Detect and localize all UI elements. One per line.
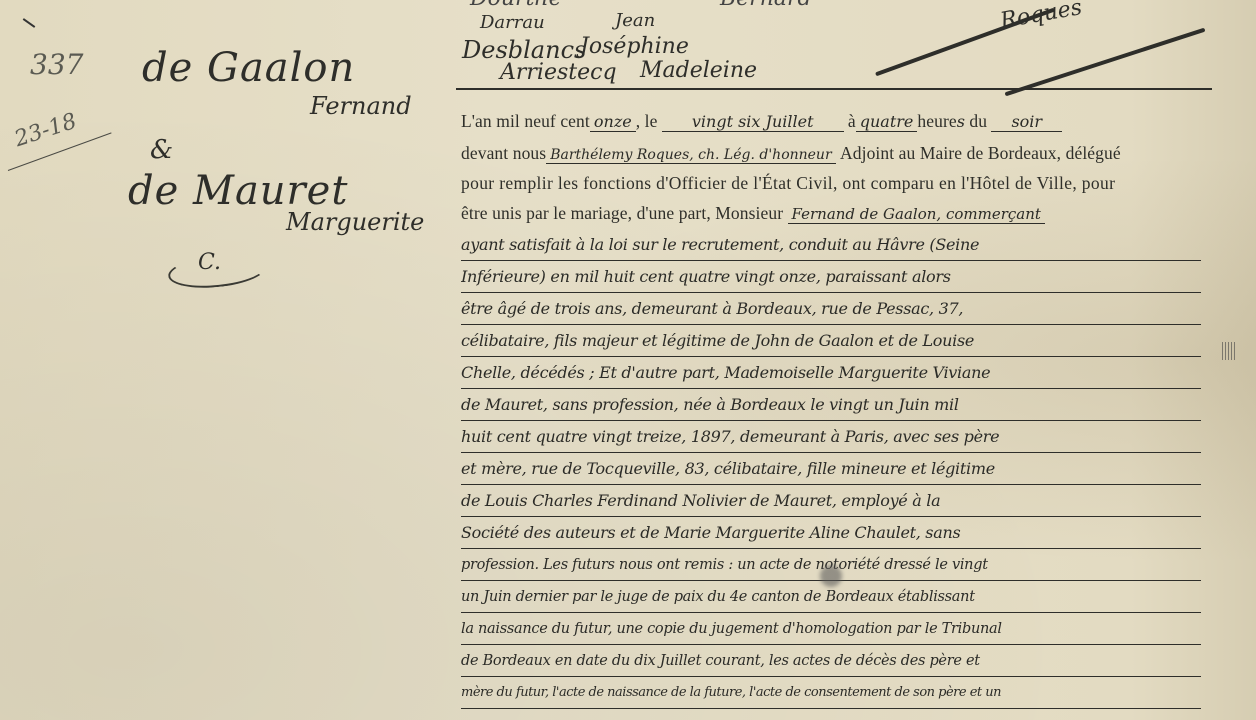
- printed-text: , le: [636, 111, 658, 131]
- hour-plural: s: [957, 112, 965, 131]
- hour-field: quatre: [856, 112, 918, 132]
- margin-correction-mark: [1222, 342, 1236, 360]
- body-line-8: célibataire, fils majeur et légitime de …: [461, 326, 1221, 358]
- witness-1-surname: Darrau: [480, 12, 545, 33]
- bride-given-name: Marguerite: [286, 208, 424, 236]
- handwritten-line: et mère, rue de Tocqueville, 83, célibat…: [461, 454, 1201, 485]
- handwritten-line: Chelle, décédés ; Et d'autre part, Madem…: [461, 358, 1201, 389]
- body-line-3: pour remplir les fonctions d'Officier de…: [461, 168, 1221, 200]
- signature-top-right-partial: Bernard: [720, 0, 812, 11]
- handwritten-line: de Mauret, sans profession, née à Bordea…: [461, 390, 1201, 421]
- handwritten-line: Société des auteurs et de Marie Margueri…: [461, 518, 1201, 549]
- year-field: onze: [590, 112, 636, 132]
- officer-name-field: Barthélemy Roques, ch. Lég. d'honneur: [546, 147, 835, 164]
- body-line-6: Inférieure) en mil huit cent quatre ving…: [461, 262, 1221, 294]
- time-of-day-field: soir: [991, 112, 1062, 132]
- body-line-2: devant nousBarthélemy Roques, ch. Lég. d…: [461, 138, 1221, 170]
- body-line-13: de Louis Charles Ferdinand Nolivier de M…: [461, 486, 1221, 518]
- officer-signature-flourish: [875, 8, 1055, 77]
- handwritten-line: la naissance du futur, une copie du juge…: [461, 614, 1201, 645]
- body-line-7: être âgé de trois ans, demeurant à Borde…: [461, 294, 1221, 326]
- body-line-18: de Bordeaux en date du dix Juillet coura…: [461, 646, 1221, 678]
- body-line-5: ayant satisfait à la loi sur le recrutem…: [461, 230, 1221, 262]
- body-line-4: être unis par le mariage, d'une part, Mo…: [461, 198, 1221, 230]
- groom-name-field: Fernand de Gaalon, commerçant: [788, 205, 1045, 224]
- witness-1-given: Jean: [615, 10, 655, 31]
- witness-3-given: Madeleine: [640, 58, 757, 83]
- margin-tick-mark: [23, 18, 36, 28]
- handwritten-line: être âgé de trois ans, demeurant à Borde…: [461, 294, 1201, 325]
- body-line-16: un Juin dernier par le juge de paix du 4…: [461, 582, 1221, 614]
- officer-signature: Roques: [998, 0, 1083, 34]
- body-line-17: la naissance du futur, une copie du juge…: [461, 614, 1221, 646]
- handwritten-line: de Louis Charles Ferdinand Nolivier de M…: [461, 486, 1201, 517]
- body-line-14: Société des auteurs et de Marie Margueri…: [461, 518, 1221, 550]
- date-field: vingt six Juillet: [662, 112, 844, 132]
- circled-mark-oval: [167, 250, 269, 292]
- handwritten-line: célibataire, fils majeur et légitime de …: [461, 326, 1201, 357]
- body-line-10: de Mauret, sans profession, née à Bordea…: [461, 390, 1221, 422]
- body-line-11: huit cent quatre vingt treize, 1897, dem…: [461, 422, 1221, 454]
- witness-2-given: Joséphine: [580, 34, 689, 59]
- section-divider-rule: [456, 88, 1212, 90]
- body-line-1: L'an mil neuf centonze, le vingt six Jui…: [461, 106, 1221, 138]
- officer-signature-flourish-2: [1005, 28, 1206, 97]
- printed-text: heure: [917, 111, 956, 131]
- printed-text: pour remplir les fonctions d'Officier de…: [461, 173, 1115, 193]
- handwritten-line: mère du futur, l'acte de naissance de la…: [461, 678, 1201, 709]
- groom-given-name: Fernand: [310, 92, 412, 120]
- witness-3-surname: Arriestecq: [500, 60, 617, 85]
- printed-text: devant nous: [461, 143, 546, 163]
- printed-text: Adjoint au Maire de Bordeaux, délégué: [840, 143, 1121, 163]
- handwritten-line: huit cent quatre vingt treize, 1897, dem…: [461, 422, 1201, 453]
- handwritten-line: ayant satisfait à la loi sur le recrutem…: [461, 230, 1201, 261]
- groom-surname: de Gaalon: [142, 45, 355, 91]
- ink-smudge: [820, 565, 842, 587]
- signature-top-left-partial: Dourthe: [470, 0, 562, 11]
- printed-text: à: [848, 111, 856, 131]
- margin-reference: 23-18: [12, 109, 80, 152]
- printed-text: être unis par le mariage, d'une part, Mo…: [461, 203, 783, 223]
- printed-text: L'an mil neuf cent: [461, 111, 590, 131]
- body-line-9: Chelle, décédés ; Et d'autre part, Madem…: [461, 358, 1221, 390]
- handwritten-line: de Bordeaux en date du dix Juillet coura…: [461, 646, 1201, 677]
- body-line-19: mère du futur, l'acte de naissance de la…: [461, 678, 1221, 710]
- act-number: 337: [30, 48, 83, 81]
- margin-conjunction: &: [150, 135, 173, 165]
- handwritten-line: Inférieure) en mil huit cent quatre ving…: [461, 262, 1201, 293]
- body-line-12: et mère, rue de Tocqueville, 83, célibat…: [461, 454, 1221, 486]
- printed-text: du: [969, 111, 987, 131]
